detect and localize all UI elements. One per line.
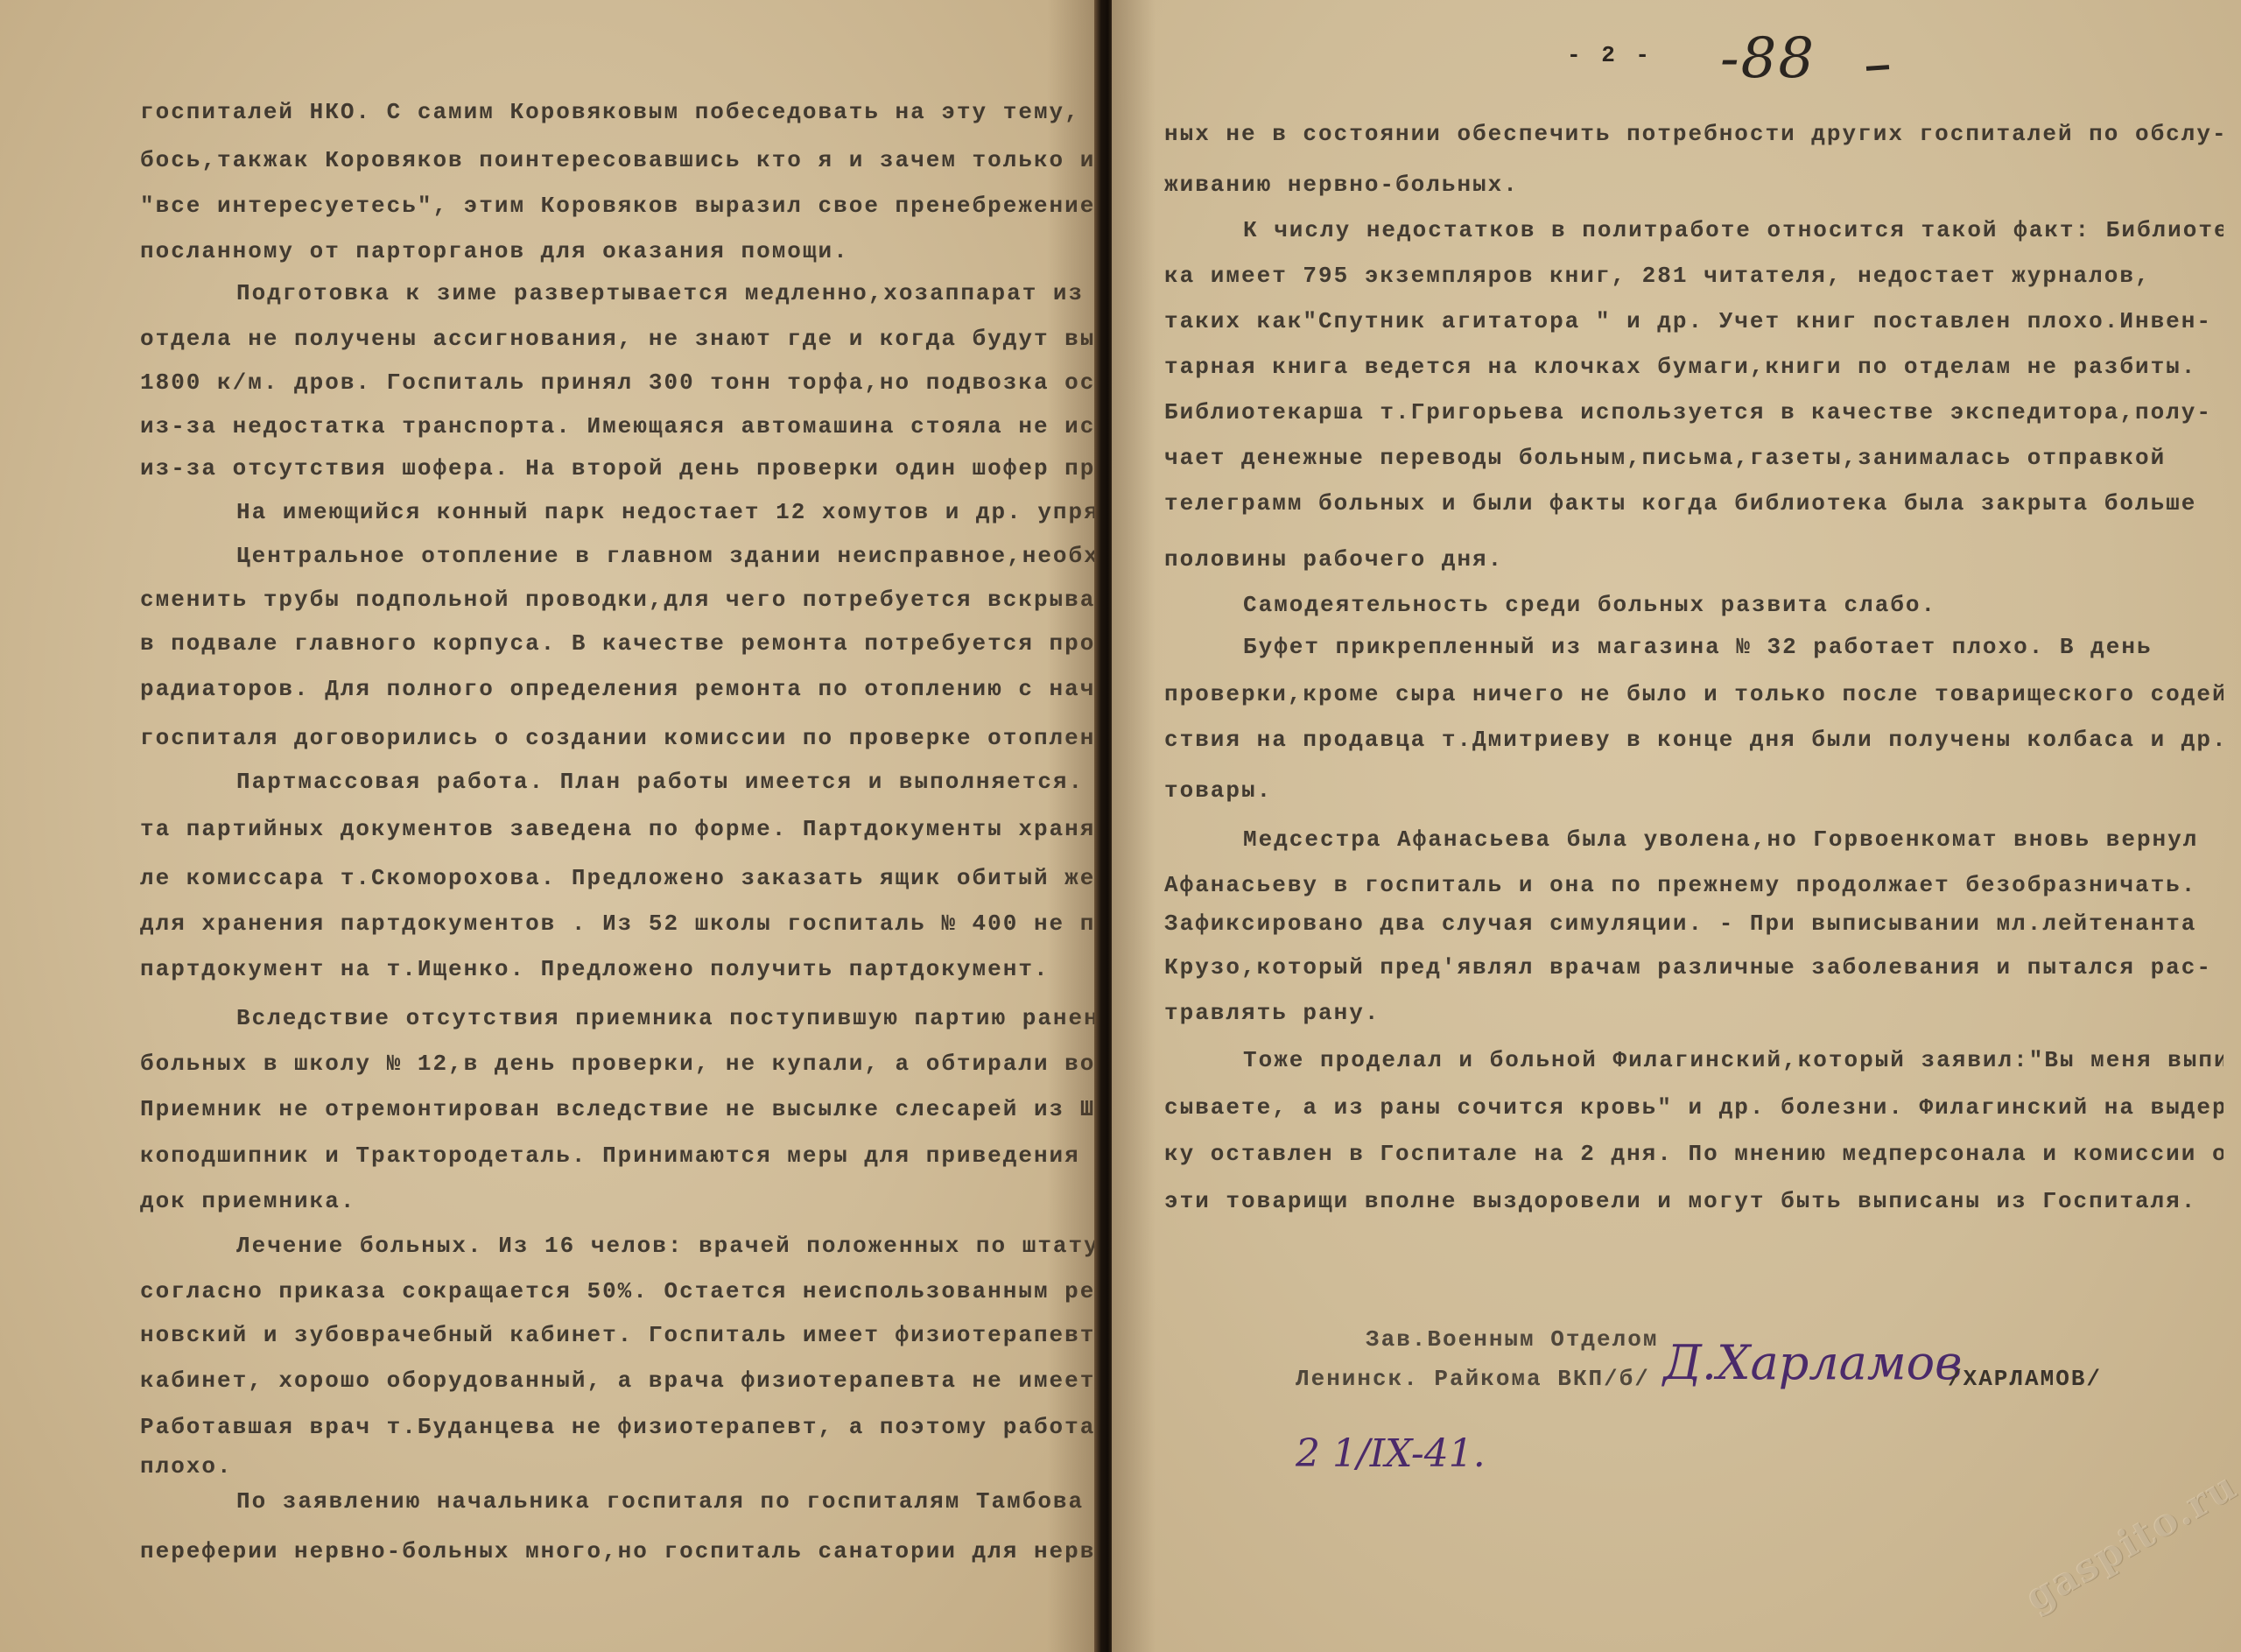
text-line: Работавшая врач т.Буданцева не физиотера… — [140, 1414, 1094, 1440]
text-line: госпиталя договорились о создании комисс… — [140, 725, 1094, 751]
text-line: живанию нервно-больных. — [1164, 172, 1519, 198]
paragraph-start-line: Лечение больных. Из 16 челов: врачей пол… — [236, 1233, 1094, 1259]
text-line: новский и зубоврачебный кабинет. Госпита… — [140, 1322, 1094, 1348]
text-line: из-за отсутствия шофера. На второй день … — [140, 455, 1094, 482]
text-line: коподшипник и Трактородеталь. Принимаютс… — [140, 1142, 1094, 1169]
text-line: ствия на продавца т.Дмитриеву в конце дн… — [1164, 727, 2223, 753]
text-line: эти товарищи вполне выздоровели и могут … — [1164, 1188, 2196, 1214]
text-line: сменить трубы подпольной проводки,для че… — [140, 587, 1094, 613]
text-line: в подвале главного корпуса. В качестве р… — [140, 630, 1094, 657]
text-line: тарная книга ведется на клочках бумаги,к… — [1164, 354, 2196, 380]
page-number: - 2 - — [1567, 42, 1653, 68]
text-line: посланному от парторганов для оказания п… — [140, 238, 849, 264]
handwritten-signature: Д.Харламов — [1663, 1335, 1963, 1390]
paragraph-start-line: Самодеятельность среди больных развита с… — [1243, 592, 1936, 618]
text-line: больных в школу № 12,в день проверки, не… — [140, 1051, 1094, 1077]
text-line: чает денежные переводы больным,письма,га… — [1164, 445, 2166, 471]
text-line: проверки,кроме сыра ничего не было и тол… — [1164, 681, 2223, 707]
left-page: госпиталей НКО. С самим Коровяковым побе… — [0, 0, 1099, 1652]
text-line: та партийных документов заведена по форм… — [140, 816, 1094, 842]
text-line: 1800 к/м. дров. Госпиталь принял 300 тон… — [140, 369, 1094, 396]
text-line: товары. — [1164, 777, 1272, 804]
text-line: ку оставлен в Госпитале на 2 дня. По мне… — [1164, 1141, 2223, 1167]
paragraph-start-line: Медсестра Афанасьева была уволена,но Гор… — [1243, 826, 2198, 853]
archive-folio-dash — [1866, 65, 1889, 71]
paragraph-start-line: Подготовка к зиме развертывается медленн… — [236, 280, 1094, 306]
text-line: Приемник не отремонтирован вследствие не… — [140, 1096, 1094, 1122]
text-line: сываете, а из раны сочится кровь" и др. … — [1164, 1094, 2223, 1121]
text-line: радиаторов. Для полного определения ремо… — [140, 676, 1094, 702]
text-line: кабинет, хорошо оборудованный, а врача ф… — [140, 1367, 1094, 1394]
text-line: согласно приказа сокращается 50%. Остает… — [140, 1278, 1094, 1304]
text-line: плохо. — [140, 1453, 233, 1480]
paragraph-start-line: На имеющийся конный парк недостает 12 хо… — [236, 499, 1094, 525]
paragraph-start-line: Вследствие отсутствия приемника поступив… — [236, 1005, 1094, 1031]
paragraph-start-line: Буфет прикрепленный из магазина № 32 раб… — [1243, 634, 2153, 660]
paragraph-start-line: К числу недостатков в политработе относи… — [1243, 217, 2223, 243]
right-page: - 2 - -88 ных не в состоянии обеспечить … — [1112, 0, 2241, 1652]
text-line: половины рабочего дня. — [1164, 546, 1503, 573]
text-line: ка имеет 795 экземпляров книг, 281 читат… — [1164, 263, 2151, 289]
text-line: ных не в состоянии обеспечить потребност… — [1164, 121, 2223, 147]
paragraph-start-line: По заявлению начальника госпиталя по гос… — [236, 1488, 1094, 1515]
text-line: травлять рану. — [1164, 1000, 1380, 1026]
text-line: Афанасьеву в госпиталь и она по прежнему… — [1164, 872, 2196, 898]
paragraph-start-line: Центральное отопление в главном здании н… — [236, 543, 1094, 569]
handwritten-date: 2 1/IX-41. — [1296, 1431, 1486, 1476]
typed-signatory-name: /ХАРЛАМОВ/ — [1948, 1366, 2102, 1392]
archive-folio-number: -88 — [1720, 26, 1816, 91]
text-line: таких как"Спутник агитатора " и др. Учет… — [1164, 308, 2212, 334]
text-line: док приемника. — [140, 1188, 355, 1214]
text-line: Зафиксировано два случая симуляции. - Пр… — [1164, 910, 2196, 937]
text-line: ле комиссара т.Скоморохова. Предложено з… — [140, 865, 1094, 891]
text-line: телеграмм больных и были факты когда биб… — [1164, 490, 2196, 517]
text-line: переферии нервно-больных много,но госпит… — [140, 1538, 1094, 1564]
document-spread: госпиталей НКО. С самим Коровяковым побе… — [0, 0, 2241, 1652]
text-line: Библиотекарша т.Григорьева используется … — [1164, 399, 2212, 425]
text-line: отдела не получены ассигнования, не знаю… — [140, 326, 1094, 352]
signatory-title-line2: Ленинск. Райкома ВКП/б/ — [1296, 1366, 1650, 1392]
text-line: "все интересуетесь", этим Коровяков выра… — [140, 193, 1094, 219]
text-line: для хранения партдокументов . Из 52 школ… — [140, 910, 1094, 937]
text-line: госпиталей НКО. С самим Коровяковым побе… — [140, 99, 1094, 125]
text-line: партдокумент на т.Ищенко. Предложено пол… — [140, 956, 1050, 982]
paragraph-start-line: Тоже проделал и больной Филагинский,кото… — [1243, 1047, 2223, 1073]
text-line: бось,такжак Коровяков поинтересовавшись … — [140, 147, 1094, 173]
text-line: из-за недостатка транспорта. Имеющаяся а… — [140, 413, 1094, 439]
paragraph-start-line: Партмассовая работа. План работы имеется… — [236, 769, 1094, 795]
signatory-title-line1: Зав.Военным Отделом — [1366, 1326, 1658, 1353]
text-line: Крузо,который пред'являл врачам различны… — [1164, 954, 2212, 981]
